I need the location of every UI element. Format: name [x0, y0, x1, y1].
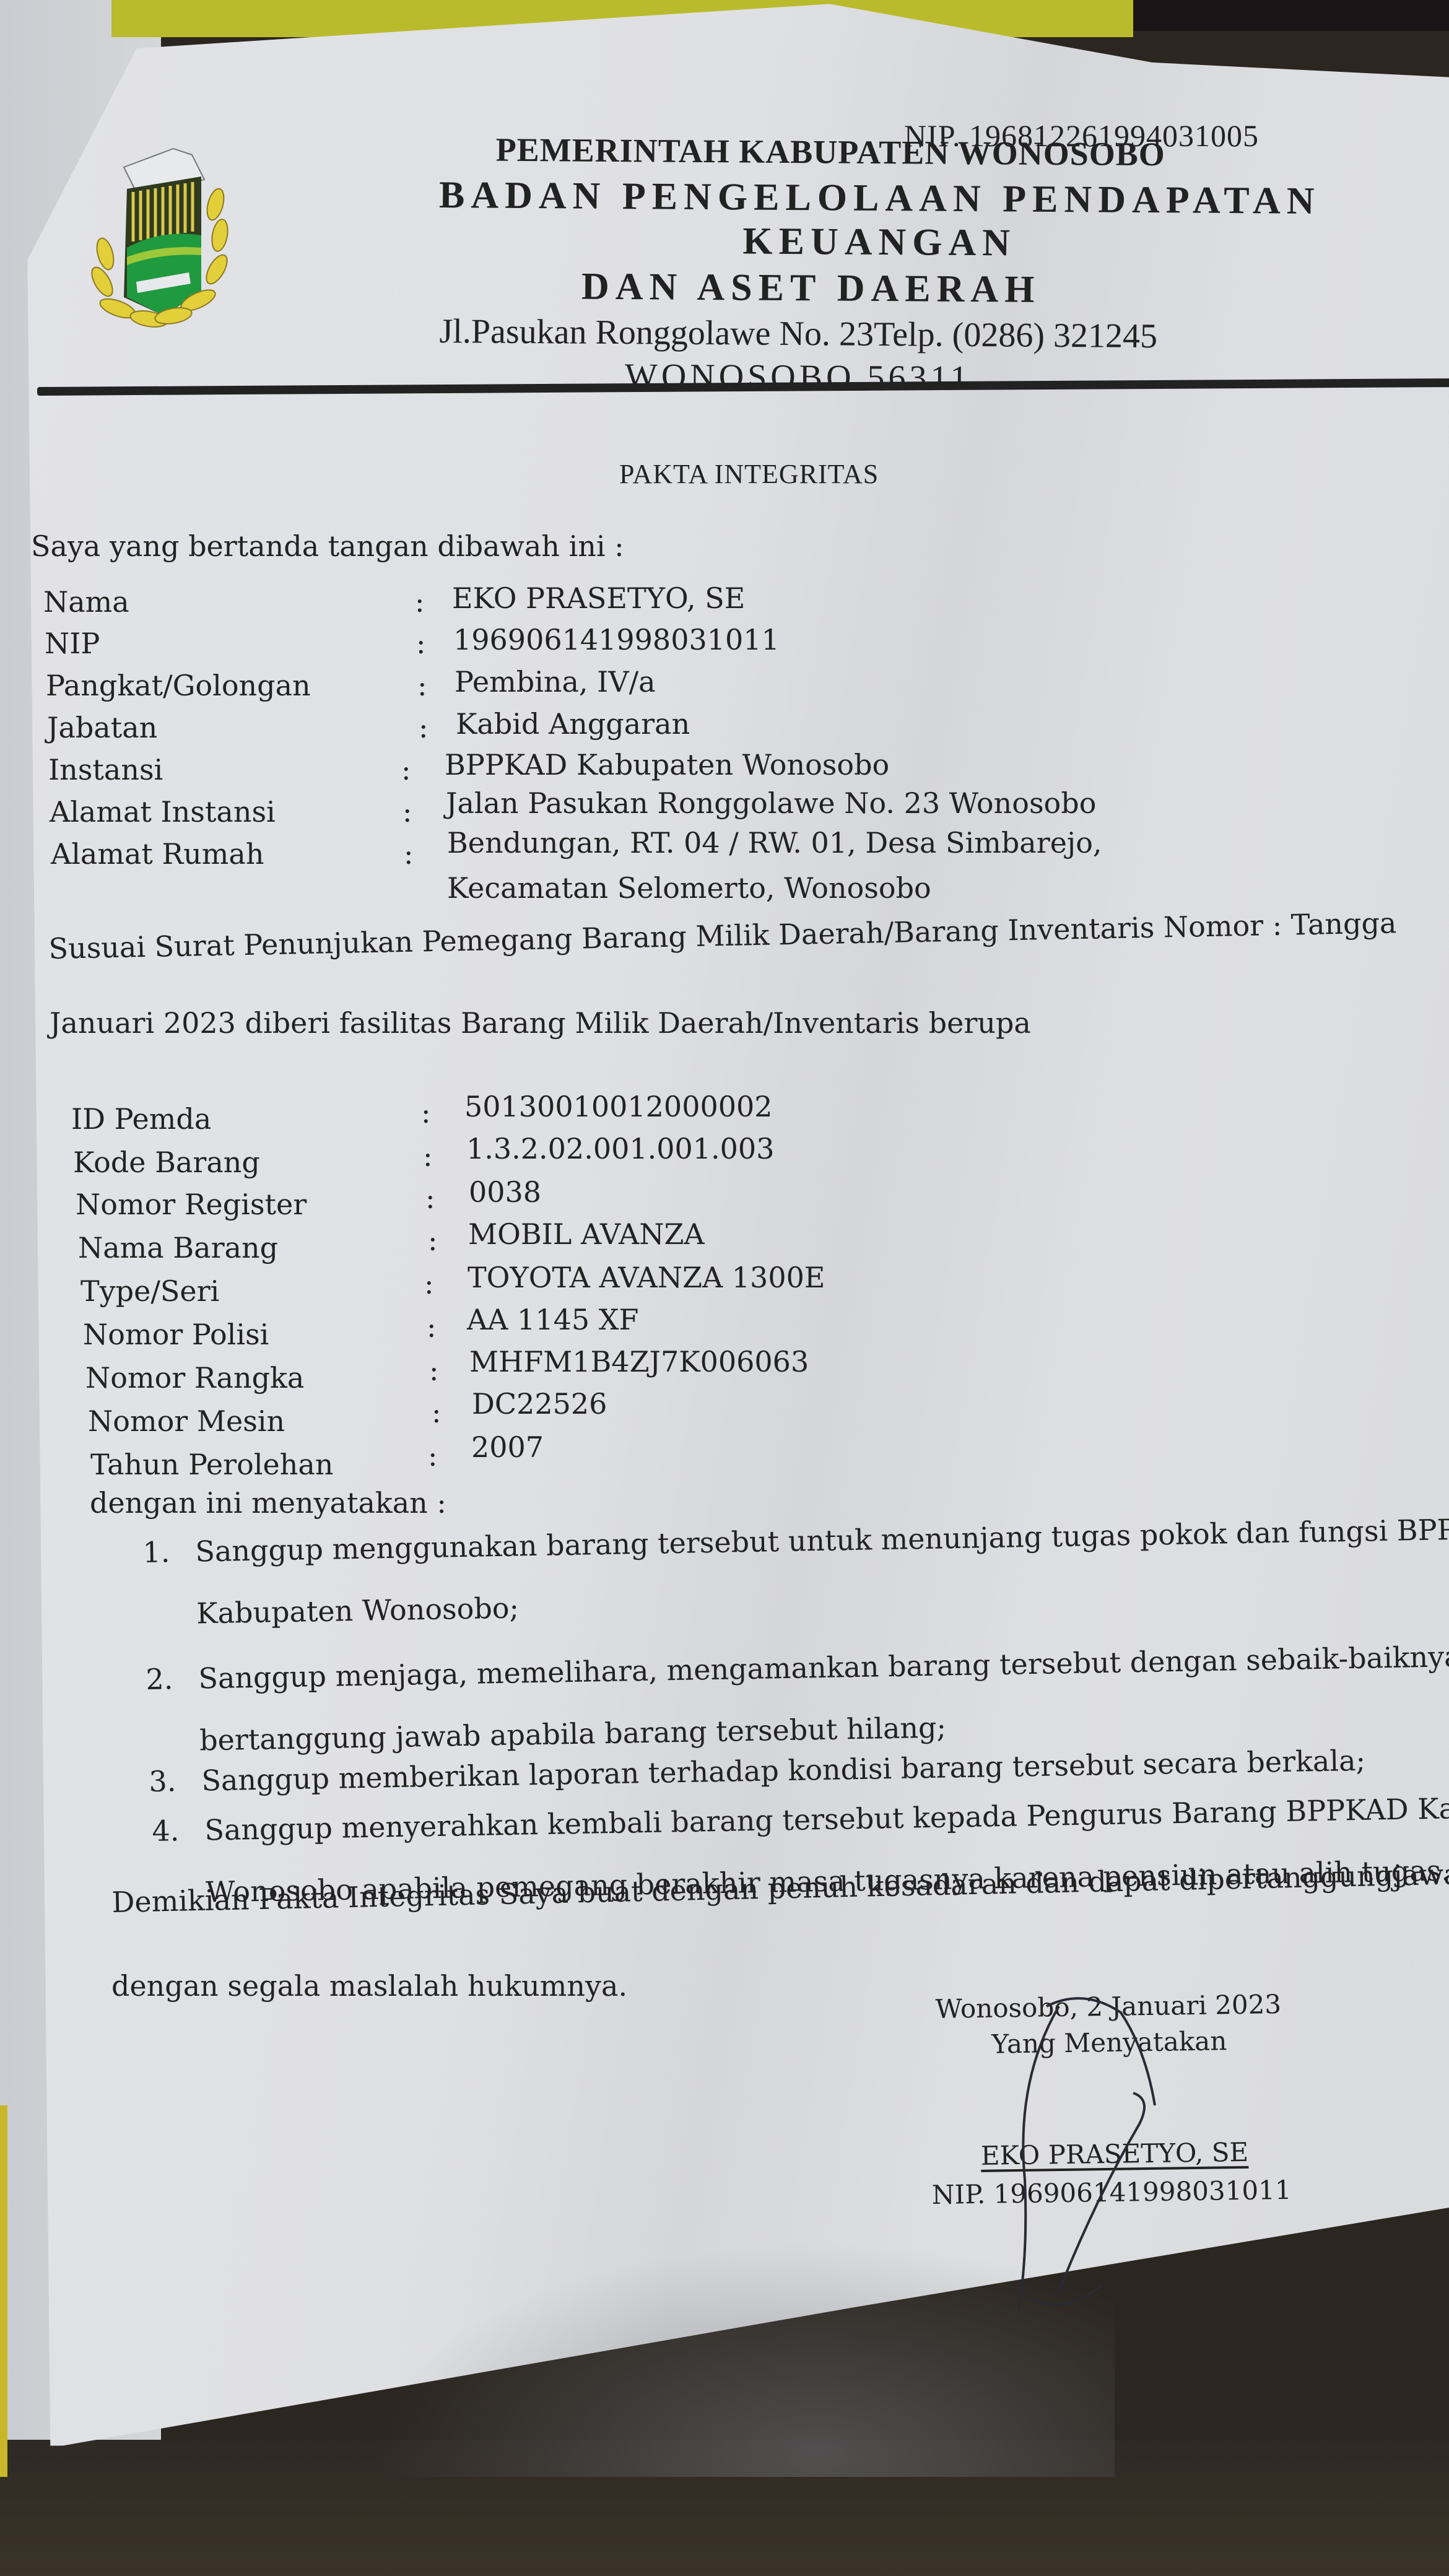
intro-text: Saya yang bertanda tangan dibawah ini : — [31, 529, 624, 563]
field-value: 2007 — [471, 1430, 544, 1464]
field-label: Kode Barang — [73, 1146, 260, 1179]
field-value: DC22526 — [472, 1387, 607, 1421]
field-label: Tahun Perolehan — [90, 1448, 333, 1481]
letterhead-agency-line1: BADAN PENGELOLAAN PENDAPATAN KEUANGAN — [310, 173, 1449, 269]
field-value: Bendungan, RT. 04 / RW. 01, Desa Simbare… — [447, 826, 1102, 859]
field-colon: : — [404, 837, 414, 871]
field-value: MHFM1B4ZJ7K006063 — [469, 1345, 809, 1378]
letterhead: PEMERINTAH KABUPATEN WONOSOBO BADAN PENG… — [309, 129, 1449, 402]
field-label: Nomor Rangka — [85, 1361, 304, 1395]
field-colon: : — [429, 1354, 439, 1387]
field-colon: : — [402, 795, 412, 829]
field-label: Pangkat/Golongan — [46, 669, 311, 702]
field-value: MOBIL AVANZA — [468, 1217, 705, 1251]
statement-text-continued: Kabupaten Wonosobo; — [196, 1591, 520, 1630]
field-value: 50130010012000002 — [464, 1090, 773, 1123]
field-colon: : — [427, 1310, 437, 1344]
field-colon: : — [417, 669, 427, 702]
letterhead-agency-line2: DAN ASET DAERAH — [173, 262, 1449, 315]
field-value: 0038 — [469, 1175, 541, 1209]
field-colon: : — [424, 1267, 434, 1300]
letterhead-address: Jl.Pasukan Ronggolawe No. 23Telp. (0286)… — [148, 310, 1448, 359]
field-label: Alamat Rumah — [51, 837, 264, 871]
field-colon: : — [415, 585, 425, 619]
field-colon: : — [425, 1181, 435, 1215]
statement-number: 1. — [142, 1535, 170, 1569]
field-label: Jabatan — [47, 711, 157, 744]
field-value: TOYOTA AVANZA 1300E — [468, 1261, 825, 1294]
closing-line2: dengan segala maslalah hukumnya. — [111, 1969, 627, 2003]
background-yellow-strip — [0, 2105, 7, 2477]
field-label: NIP — [45, 627, 100, 660]
assignment-paragraph-line2: Januari 2023 diberi fasilitas Barang Mil… — [50, 1006, 1031, 1040]
field-value: BPPKAD Kabupaten Wonosobo — [445, 748, 889, 781]
field-label: Nomor Register — [76, 1188, 307, 1221]
letterhead-government: PEMERINTAH KABUPATEN WONOSOBO — [211, 128, 1449, 175]
document-title: PAKTA INTEGRITAS — [619, 458, 879, 490]
field-value: Pembina, IV/a — [455, 665, 656, 698]
handwritten-signature-icon — [991, 1994, 1251, 2316]
field-colon: : — [419, 711, 429, 744]
field-colon: : — [432, 1396, 442, 1429]
field-value: 196906141998031011 — [453, 623, 780, 656]
field-colon: : — [428, 1224, 438, 1257]
field-colon: : — [421, 1096, 431, 1129]
background-dark-object — [1133, 0, 1449, 31]
field-label: Type/Seri — [80, 1274, 219, 1308]
field-label: Nama — [43, 585, 129, 619]
statement-number: 3. — [149, 1764, 176, 1798]
statement-number: 4. — [152, 1814, 180, 1848]
field-colon: : — [416, 627, 426, 660]
field-label: Instansi — [48, 753, 163, 786]
field-label: Nomor Polisi — [83, 1318, 269, 1351]
field-label: Nomor Mesin — [88, 1404, 285, 1438]
statement-number: 2. — [146, 1662, 173, 1696]
field-value: Kabid Anggaran — [456, 707, 690, 741]
field-label: ID Pemda — [71, 1102, 211, 1136]
field-colon: : — [423, 1139, 433, 1173]
declaration-intro: dengan ini menyatakan : — [90, 1486, 446, 1520]
field-colon: : — [428, 1439, 438, 1473]
field-value: EKO PRASETYO, SE — [452, 581, 745, 615]
field-value: AA 1145 XF — [467, 1303, 638, 1336]
field-value: Jalan Pasukan Ronggolawe No. 23 Wonosobo — [446, 786, 1096, 820]
field-value: 1.3.2.02.001.001.003 — [466, 1132, 774, 1165]
field-value-continued: Kecamatan Selomerto, Wonosobo — [447, 871, 931, 905]
field-label: Nama Barang — [78, 1231, 278, 1264]
field-label: Alamat Instansi — [50, 795, 276, 829]
field-colon: : — [401, 753, 411, 786]
